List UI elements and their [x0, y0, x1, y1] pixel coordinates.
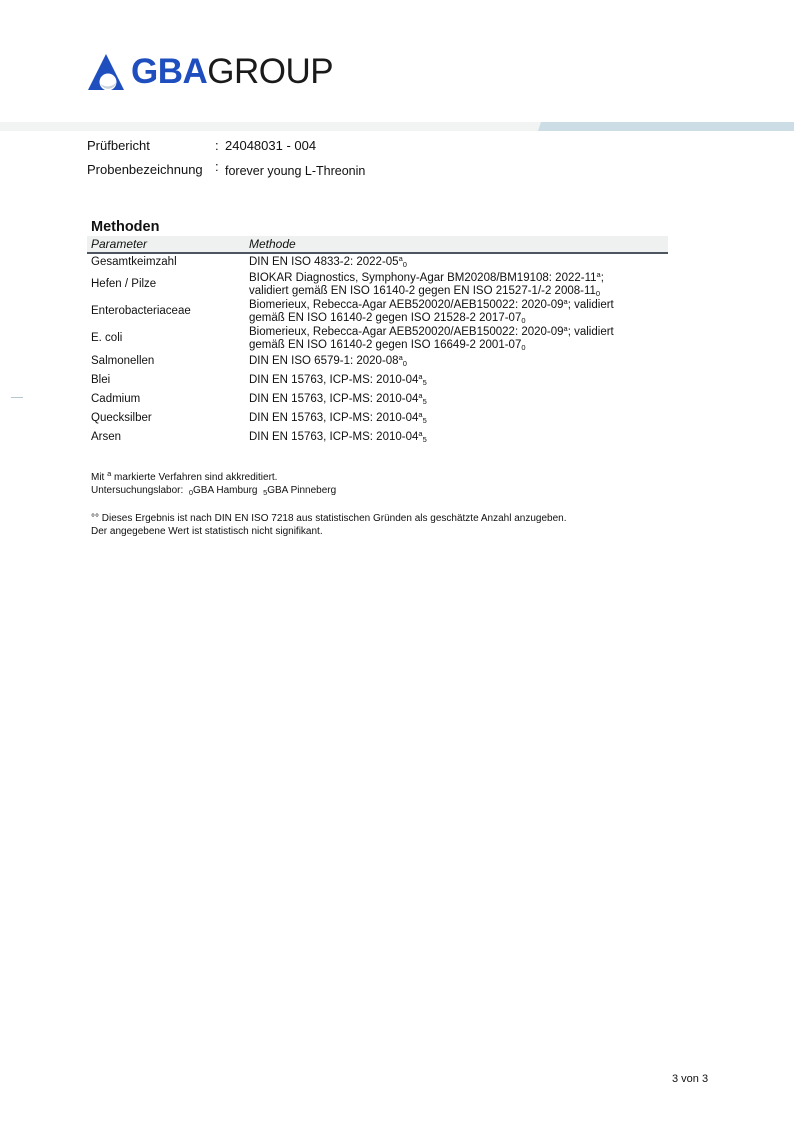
page-number: 3 von 3: [672, 1073, 708, 1085]
methods-table: Parameter Methode GesamtkeimzahlDIN EN I…: [87, 236, 668, 447]
method-row: EnterobacteriaceaeBiomerieux, Rebecca-Ag…: [87, 298, 668, 325]
logo-text-light: GROUP: [207, 52, 333, 91]
lab-pinneberg: GBA Pinneberg: [267, 485, 336, 496]
method-row: GesamtkeimzahlDIN EN ISO 4833-2: 2022-05…: [87, 254, 668, 271]
method-row: SalmonellenDIN EN ISO 6579-1: 2020-08a0: [87, 352, 668, 371]
method-parameter: Enterobacteriaceae: [87, 305, 245, 318]
method-description: Biomerieux, Rebecca-Agar AEB520020/AEB15…: [245, 326, 668, 352]
method-row: CadmiumDIN EN 15763, ICP-MS: 2010-04a5: [87, 390, 668, 409]
method-description: DIN EN 15763, ICP-MS: 2010-04a5: [245, 412, 668, 425]
methods-table-body: GesamtkeimzahlDIN EN ISO 4833-2: 2022-05…: [87, 254, 668, 447]
method-description: BIOKAR Diagnostics, Symphony-Agar BM2020…: [245, 272, 668, 298]
method-description: DIN EN 15763, ICP-MS: 2010-04a5: [245, 393, 668, 406]
method-description: DIN EN ISO 4833-2: 2022-05a0: [245, 256, 668, 269]
section-title-methods: Methoden: [91, 219, 159, 235]
note-statistical-1: °° Dieses Ergebnis ist nach DIN EN ISO 7…: [91, 512, 566, 525]
sample-name: forever young L-Threonin: [225, 164, 365, 178]
method-parameter: Blei: [87, 374, 245, 387]
meta-label: Probenbezeichnung: [87, 162, 203, 177]
methods-table-header: Parameter Methode: [87, 236, 668, 254]
logo-text-bold: GBA: [131, 52, 207, 91]
method-description: Biomerieux, Rebecca-Agar AEB520020/AEB15…: [245, 299, 668, 325]
margin-mark: [11, 397, 23, 398]
note-statistical-2: Der angegebene Wert ist statistisch nich…: [91, 525, 566, 538]
note-labs: Untersuchungslabor: 0GBA Hamburg 5GBA Pi…: [91, 484, 566, 497]
logo-wordmark: GBAGROUP: [131, 52, 333, 92]
header-band-accent: [538, 122, 794, 131]
column-header-method: Methode: [245, 236, 668, 252]
company-logo: GBAGROUP: [87, 52, 333, 92]
method-parameter: E. coli: [87, 332, 245, 345]
method-parameter: Arsen: [87, 431, 245, 444]
notes: Mit a markierte Verfahren sind akkrediti…: [91, 471, 566, 538]
meta-separator: :: [215, 159, 219, 174]
method-parameter: Cadmium: [87, 393, 245, 406]
method-row: BleiDIN EN 15763, ICP-MS: 2010-04a5: [87, 371, 668, 390]
method-row: QuecksilberDIN EN 15763, ICP-MS: 2010-04…: [87, 409, 668, 428]
meta-separator: :: [215, 138, 219, 153]
method-row: E. coliBiomerieux, Rebecca-Agar AEB52002…: [87, 325, 668, 352]
lab-hamburg: GBA Hamburg: [193, 485, 257, 496]
method-description: DIN EN ISO 6579-1: 2020-08a0: [245, 355, 668, 368]
labs-label: Untersuchungslabor:: [91, 485, 183, 496]
method-parameter: Hefen / Pilze: [87, 278, 245, 291]
note-accredited: Mit a markierte Verfahren sind akkrediti…: [91, 471, 566, 484]
method-parameter: Quecksilber: [87, 412, 245, 425]
header-band-gray: [0, 122, 560, 131]
meta-label: Prüfbericht: [87, 138, 150, 153]
column-header-parameter: Parameter: [87, 236, 245, 252]
method-row: Hefen / PilzeBIOKAR Diagnostics, Symphon…: [87, 271, 668, 298]
method-row: ArsenDIN EN 15763, ICP-MS: 2010-04a5: [87, 428, 668, 447]
method-description: DIN EN 15763, ICP-MS: 2010-04a5: [245, 431, 668, 444]
method-parameter: Salmonellen: [87, 355, 245, 368]
method-description: DIN EN 15763, ICP-MS: 2010-04a5: [245, 374, 668, 387]
method-parameter: Gesamtkeimzahl: [87, 256, 245, 269]
report-number: 24048031 - 004: [225, 138, 316, 153]
gba-triangle-logo-icon: [87, 53, 125, 91]
